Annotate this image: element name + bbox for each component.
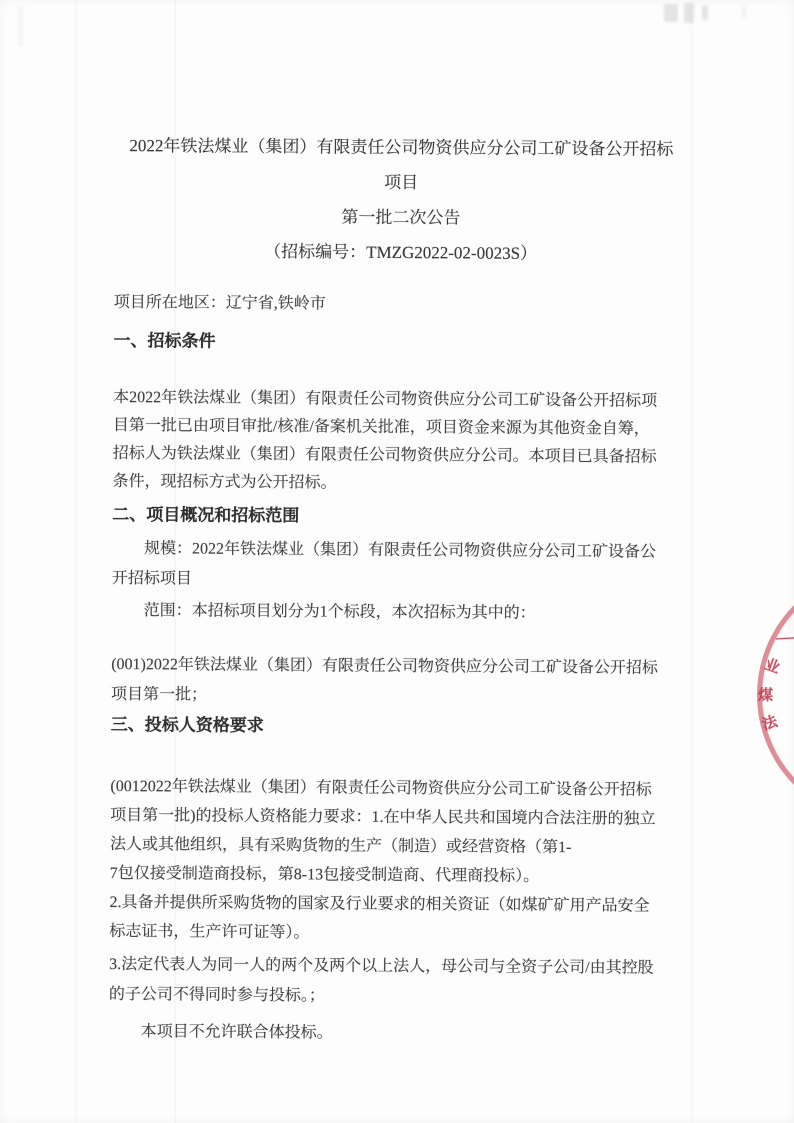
lot-description: (001)2022年铁法煤业（集团）有限责任公司物资供应分公司工矿设备公开招标 … <box>111 650 672 714</box>
project-scope: 范围：本招标项目划分为1个标段，本次招标为其中的： <box>112 596 673 630</box>
scan-streak <box>74 0 77 1123</box>
scanned-document-page: 2022年铁法煤业（集团）有限责任公司物资供应分公司工矿设备公开招标项目 第一批… <box>0 0 794 1123</box>
document-content: 2022年铁法煤业（集团）有限责任公司物资供应分公司工矿设备公开招标项目 第一批… <box>109 128 676 1050</box>
seal-character: 煤 <box>758 684 774 706</box>
qualification-requirement-3: 3.法定代表人为同一人的两个及两个以上法人，母公司与全资子公司/由其控股 的子公… <box>109 950 670 1014</box>
section-2-heading: 二、项目概况和招标范围 <box>112 500 673 534</box>
section-1-body: 本2022年铁法煤业（集团）有限责任公司物资供应分公司工矿设备公开招标项 目第一… <box>112 384 674 500</box>
title-line-1: 2022年铁法煤业（集团）有限责任公司物资供应分公司工矿设备公开招标项目 <box>127 128 676 202</box>
scan-smudge <box>684 3 694 23</box>
scan-streak <box>690 0 693 1123</box>
section-1-heading: 一、招标条件 <box>113 326 674 360</box>
seal-character: 法 <box>759 710 780 735</box>
project-location: 项目所在地区：辽宁省,铁岭市 <box>114 290 675 320</box>
scan-smudge <box>702 5 708 20</box>
qualification-requirement-1: (0012022年铁法煤业（集团）有限责任公司物资供应分公司工矿设备公开招标 项… <box>110 772 672 892</box>
scan-smudge <box>18 6 23 46</box>
seal-character: 业 <box>762 653 783 678</box>
title-line-2: 第一批二次公告 <box>126 198 675 237</box>
seal-ring <box>757 567 794 823</box>
consortium-note: 本项目不允许联合体投标。 <box>109 1018 670 1050</box>
qualification-requirement-2: 2.具备并提供所采购货物的国家及行业要求的相关资证（如煤矿矿用产品安全 标志证书… <box>109 888 670 950</box>
scan-smudge <box>664 4 678 22</box>
scan-smudge <box>742 6 746 18</box>
tender-number: （招标编号：TMZG2022-02-0023S） <box>126 233 675 272</box>
section-3-heading: 三、投标人资格要求 <box>111 710 672 744</box>
seal-character: ／ <box>773 626 794 652</box>
project-scale: 规模：2022年铁法煤业（集团）有限责任公司物资供应分公司工矿设备公 开招标项目 <box>112 534 673 598</box>
document-title: 2022年铁法煤业（集团）有限责任公司物资供应分公司工矿设备公开招标项目 第一批… <box>126 128 676 272</box>
